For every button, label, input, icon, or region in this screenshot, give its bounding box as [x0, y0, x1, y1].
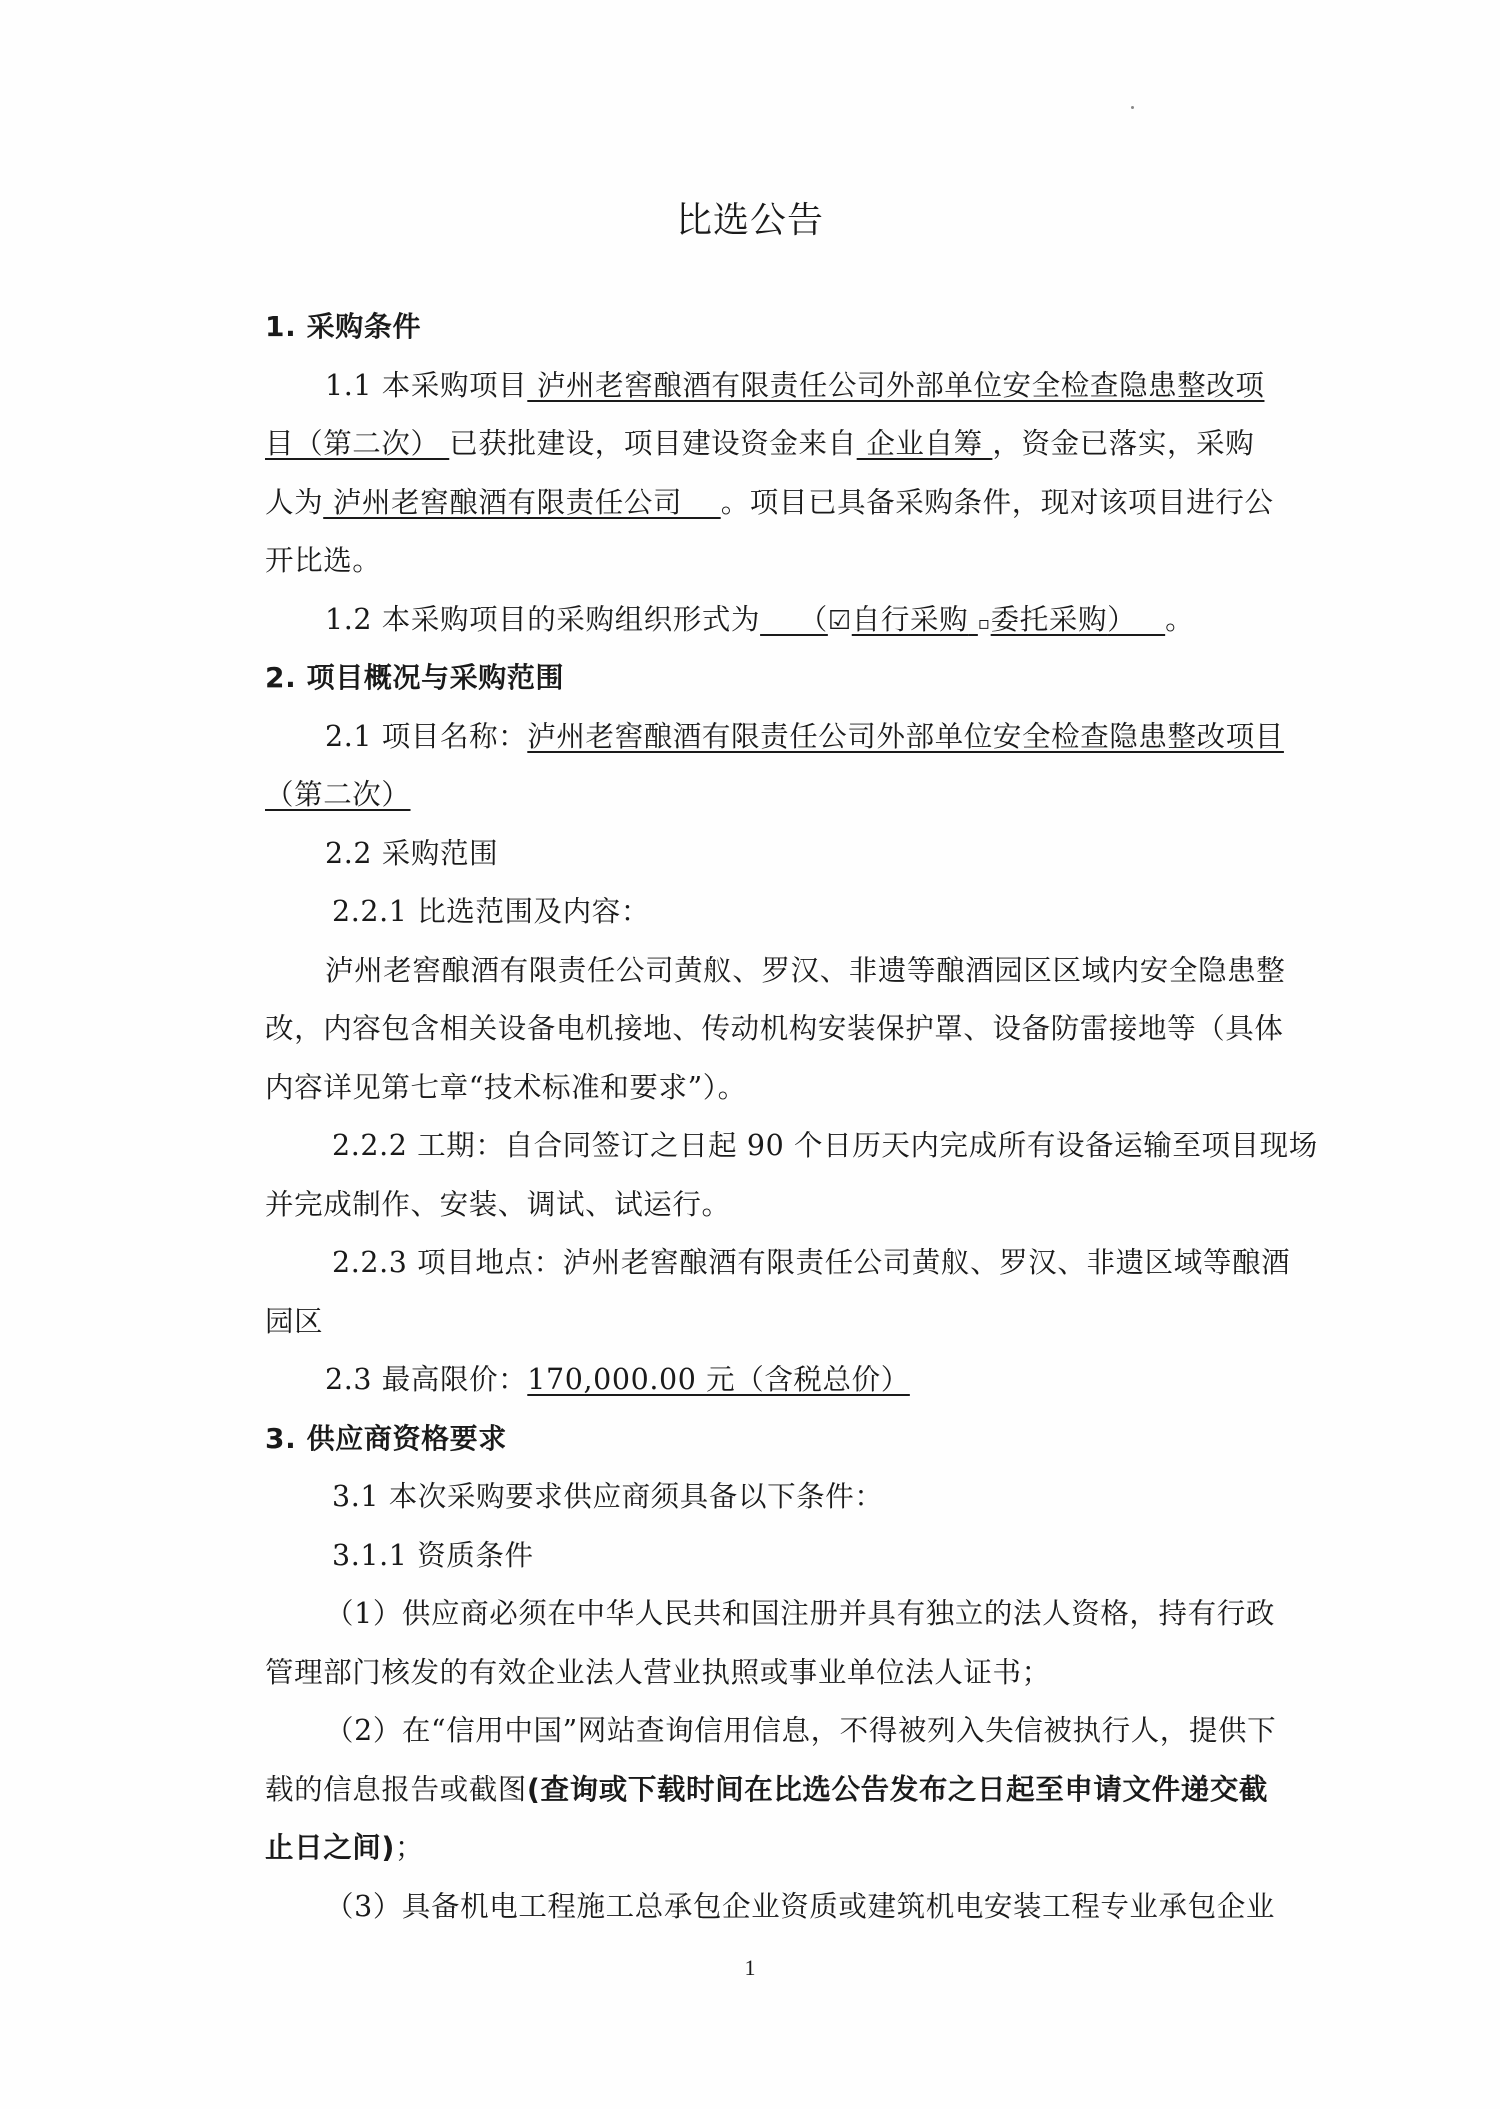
- clause-1-1-text-b: ，资金已落实，采购: [992, 427, 1254, 460]
- requirement-2-line-3: 止日之间)；: [265, 1819, 1313, 1878]
- scan-speck: [1131, 106, 1134, 109]
- clause-2-2-3-line-2: 园区: [265, 1293, 1313, 1352]
- options-open-paren: （: [760, 603, 828, 636]
- checkbox-unchecked-icon: ▫: [978, 595, 991, 654]
- clause-1-1-line-2: 目（第二次） 已获批建设，项目建设资金来自 企业自筹 ，资金已落实，采购: [265, 415, 1313, 474]
- document-title: 比选公告: [0, 192, 1500, 243]
- requirement-1-line-2: 管理部门核发的有效企业法人营业执照或事业单位法人证书；: [265, 1644, 1313, 1703]
- option-self-procurement: 自行采购: [852, 603, 968, 636]
- procurement-form-options: （☑自行采购 ▫委托采购）: [760, 603, 1165, 636]
- clause-1-1-text-c: 人为: [265, 486, 323, 519]
- requirement-3-line-1: （3）具备机电工程施工总承包企业资质或建筑机电安装工程专业承包企业: [265, 1878, 1313, 1937]
- clause-1-2-prefix: 1.2 本采购项目的采购组织形式为: [325, 603, 760, 636]
- funding-source-underlined: 企业自筹: [857, 427, 993, 460]
- project-name-underlined: 泸州老窖酿酒有限责任公司外部单位安全检查隐患整改项目: [527, 720, 1284, 753]
- clause-2-3-line: 2.3 最高限价：170,000.00 元（含税总价）: [265, 1351, 1313, 1410]
- clause-1-1-line-1: 1.1 本采购项目 泸州老窖酿酒有限责任公司外部单位安全检查隐患整改项: [265, 357, 1313, 416]
- clause-1-1-line-4: 开比选。: [265, 532, 1313, 591]
- section-1-heading: 1. 采购条件: [265, 298, 1313, 357]
- requirement-2-line-2: 载的信息报告或截图(查询或下载时间在比选公告发布之日起至申请文件递交截: [265, 1761, 1313, 1820]
- options-close-paren: ）: [1107, 603, 1165, 636]
- checkbox-checked-icon: ☑: [828, 592, 852, 651]
- project-name-underlined: 泸州老窖酿酒有限责任公司外部单位安全检查隐患整改项: [527, 369, 1264, 402]
- clause-3-1-label: 3.1 本次采购要求供应商须具备以下条件：: [265, 1468, 1313, 1527]
- requirement-2-bold-note-cont: 止日之间): [265, 1831, 395, 1864]
- requirement-2-semicolon: ；: [395, 1831, 424, 1864]
- requirement-2-bold-note: (查询或下载时间在比选公告发布之日起至申请文件递交截: [527, 1773, 1268, 1806]
- clause-2-1-line-1: 2.1 项目名称：泸州老窖酿酒有限责任公司外部单位安全检查隐患整改项目: [265, 708, 1313, 767]
- max-price-underlined: 170,000.00 元（含税总价）: [527, 1363, 910, 1396]
- clause-2-2-1-label: 2.2.1 比选范围及内容：: [265, 883, 1313, 942]
- clause-1-1-text-d: 。项目已具备采购条件，现对该项目进行公: [721, 486, 1274, 519]
- requirement-2-text: 载的信息报告或截图: [265, 1773, 527, 1806]
- requirement-2-line-1: （2）在“信用中国”网站查询信用信息，不得被列入失信被执行人，提供下: [265, 1702, 1313, 1761]
- clause-1-1-text-a: 已获批建设，项目建设资金来自: [449, 427, 856, 460]
- project-name-underlined-cont: 目（第二次）: [265, 427, 449, 460]
- section-3-heading: 3. 供应商资格要求: [265, 1410, 1313, 1469]
- document-body: 1. 采购条件 1.1 本采购项目 泸州老窖酿酒有限责任公司外部单位安全检查隐患…: [265, 298, 1313, 1936]
- clause-2-3-prefix: 2.3 最高限价：: [325, 1363, 527, 1396]
- clause-2-2-1-line-2: 改，内容包含相关设备电机接地、传动机构安装保护罩、设备防雷接地等（具体: [265, 1000, 1313, 1059]
- clause-2-2-1-line-1: 泸州老窖酿酒有限责任公司黄舣、罗汉、非遗等酿酒园区区域内安全隐患整: [265, 942, 1313, 1001]
- clause-2-2-2-line-1: 2.2.2 工期：自合同签订之日起 90 个日历天内完成所有设备运输至项目现场: [265, 1117, 1313, 1176]
- project-name-underlined-cont: （第二次）: [265, 778, 411, 811]
- clause-1-2-line: 1.2 本采购项目的采购组织形式为 （☑自行采购 ▫委托采购） 。: [265, 591, 1313, 650]
- clause-1-1-line-3: 人为 泸州老窖酿酒有限责任公司 。项目已具备采购条件，现对该项目进行公: [265, 474, 1313, 533]
- clause-2-2-3-line-1: 2.2.3 项目地点：泸州老窖酿酒有限责任公司黄舣、罗汉、非遗区域等酿酒: [265, 1234, 1313, 1293]
- clause-1-1-prefix: 1.1 本采购项目: [325, 369, 527, 402]
- document-page: 比选公告 1. 采购条件 1.1 本采购项目 泸州老窖酿酒有限责任公司外部单位安…: [0, 0, 1500, 2109]
- clause-2-2-2-line-2: 并完成制作、安装、调试、试运行。: [265, 1176, 1313, 1235]
- option-entrusted-procurement: 委托采购: [991, 603, 1107, 636]
- requirement-1-line-1: （1）供应商必须在中华人民共和国注册并具有独立的法人资格，持有行政: [265, 1585, 1313, 1644]
- section-2-heading: 2. 项目概况与采购范围: [265, 649, 1313, 708]
- purchaser-underlined: 泸州老窖酿酒有限责任公司: [323, 486, 721, 519]
- clause-1-2-suffix: 。: [1165, 603, 1194, 636]
- clause-2-2-label: 2.2 采购范围: [265, 825, 1313, 884]
- clause-2-1-prefix: 2.1 项目名称：: [325, 720, 527, 753]
- clause-3-1-1-label: 3.1.1 资质条件: [265, 1527, 1313, 1586]
- page-number: 1: [0, 1955, 1500, 1981]
- clause-2-1-line-2: （第二次）: [265, 766, 1313, 825]
- clause-2-2-1-line-3: 内容详见第七章“技术标准和要求”）。: [265, 1059, 1313, 1118]
